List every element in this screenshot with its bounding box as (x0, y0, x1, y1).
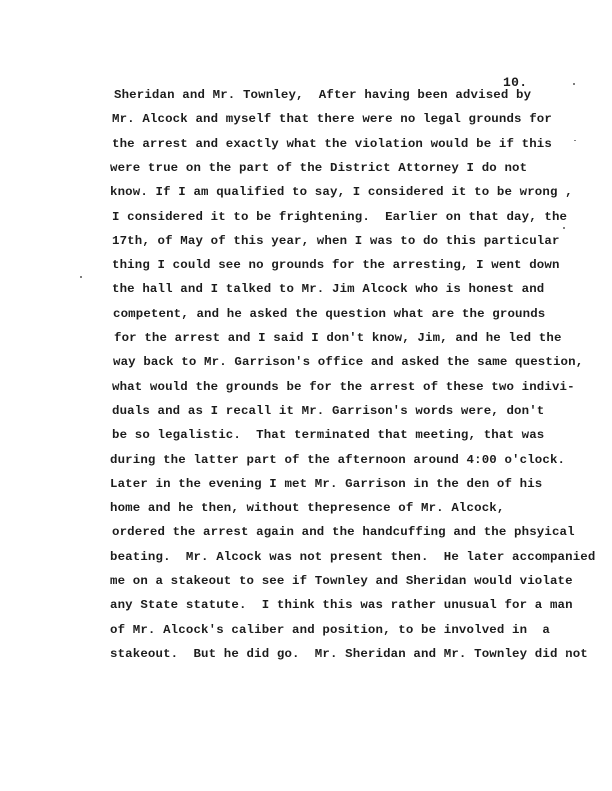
scan-speck (80, 276, 82, 278)
text-line: the hall and I talked to Mr. Jim Alcock … (112, 282, 544, 296)
scan-speck (573, 83, 575, 85)
text-line: 17th, of May of this year, when I was to… (112, 234, 560, 248)
text-line: Later in the evening I met Mr. Garrison … (110, 477, 542, 491)
text-line: the arrest and exactly what the violatio… (112, 137, 552, 151)
text-line: duals and as I recall it Mr. Garrison's … (112, 404, 544, 418)
text-line: what would the grounds be for the arrest… (112, 380, 575, 394)
text-line: Mr. Alcock and myself that there were no… (112, 112, 552, 126)
text-line: of Mr. Alcock's caliber and position, to… (110, 623, 550, 637)
document-page: 10. Sheridan and Mr. Townley, After havi… (0, 0, 612, 791)
text-line: Sheridan and Mr. Townley, After having b… (114, 88, 531, 102)
text-line: home and he then, without thepresence of… (110, 501, 504, 515)
text-line: any State statute. I think this was rath… (110, 598, 573, 612)
text-line: thing I could see no grounds for the arr… (112, 258, 560, 272)
text-line: during the latter part of the afternoon … (110, 453, 565, 467)
text-line: me on a stakeout to see if Townley and S… (110, 574, 573, 588)
text-line: beating. Mr. Alcock was not present then… (110, 550, 595, 564)
scan-speck (566, 652, 568, 655)
text-line: know. If I am qualified to say, I consid… (110, 185, 573, 199)
scan-speck (574, 140, 576, 141)
scan-speck (563, 227, 565, 229)
text-line: way back to Mr. Garrison's office and as… (113, 355, 583, 369)
text-line: ordered the arrest again and the handcuf… (112, 525, 575, 539)
text-line: be so legalistic. That terminated that m… (112, 428, 544, 442)
text-line: competent, and he asked the question wha… (113, 307, 545, 321)
text-line: were true on the part of the District At… (110, 161, 527, 175)
text-line: for the arrest and I said I don't know, … (114, 331, 562, 345)
text-line: stakeout. But he did go. Mr. Sheridan an… (110, 647, 588, 661)
text-line: I considered it to be frightening. Earli… (112, 210, 567, 224)
